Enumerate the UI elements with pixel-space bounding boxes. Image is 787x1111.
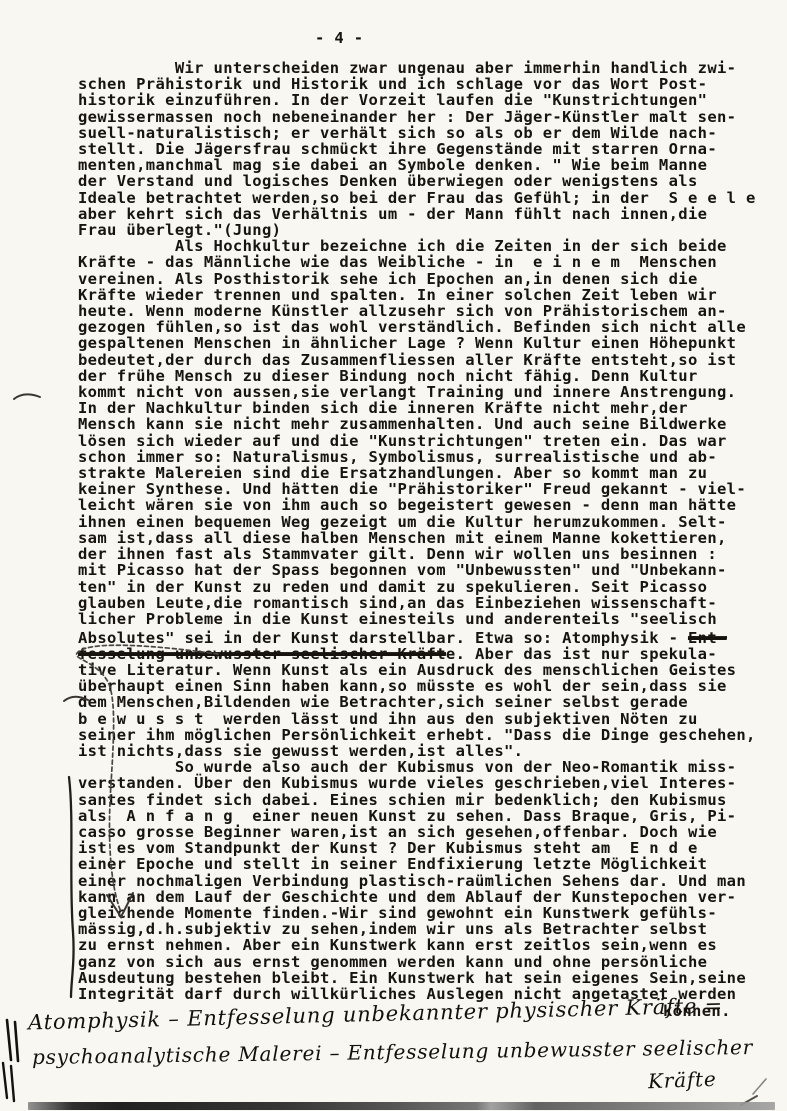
double-bar-mark-2b [11, 1066, 14, 1101]
strike-line-2: fesselung unbewusster seelischer Kräfte.… [78, 646, 717, 662]
margin-vertical-line [69, 777, 74, 997]
double-bar-mark-1b [15, 1022, 18, 1061]
scanned-typescript-page: - 4 - Wir unterscheiden zwar ungenau abe… [0, 0, 787, 1111]
scan-edge-bar [28, 1102, 775, 1110]
body-text-lower: tive Literatur. Wenn Kunst als ein Ausdr… [78, 662, 756, 1002]
stray-pencil-stroke-1 [753, 1079, 766, 1094]
body-text-upper: Wir unterscheiden zwar ungenau aber imme… [78, 60, 756, 627]
handwritten-annotation-line-3: Kräfte [648, 1067, 717, 1093]
handwritten-annotation-line-2: psychoanalytische Malerei – Entfesselung… [32, 1035, 753, 1069]
double-bar-mark-1a [7, 1020, 11, 1060]
page-number: - 4 - [315, 30, 363, 46]
strike-line-1: Absolutes" sei in der Kunst darstellbar.… [78, 630, 727, 646]
margin-tick-mark-upper [14, 394, 40, 399]
double-bar-mark-2a [3, 1063, 7, 1098]
